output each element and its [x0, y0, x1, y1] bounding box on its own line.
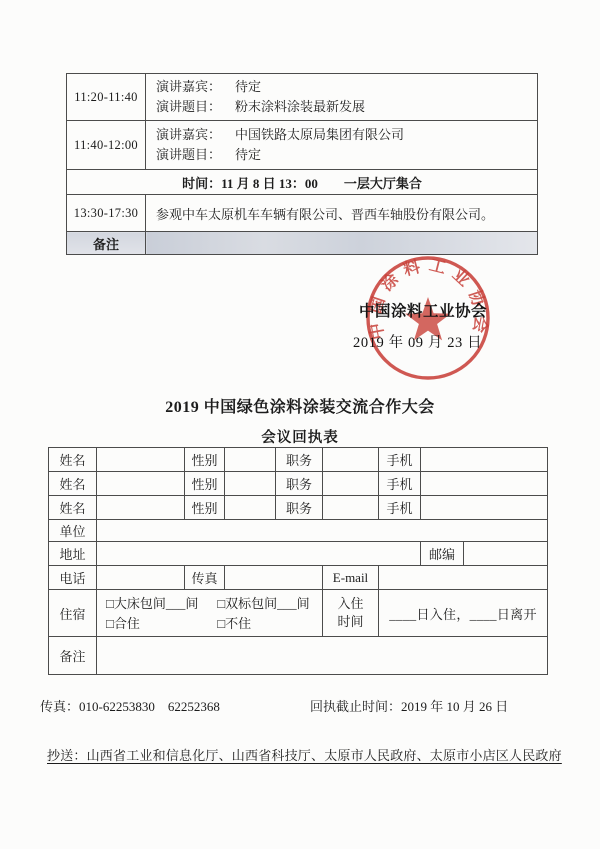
gender-input-cell — [225, 496, 276, 520]
address-label: 地址 — [49, 542, 97, 566]
mobile-input-cell — [421, 472, 548, 496]
scanned-document-page: 11:20-11:40 演讲嘉宾：待定 演讲题目：粉末涂料涂装最新发展 11:4… — [0, 0, 600, 849]
email-label: E-mail — [323, 566, 379, 590]
postcode-input-cell — [464, 542, 548, 566]
schedule-row-session-1: 11:20-11:40 演讲嘉宾：待定 演讲题目：粉末涂料涂装最新发展 — [67, 74, 538, 121]
reply-form-table: 姓名 性别 职务 手机 姓名 性别 职务 手机 姓名 性别 职务 手机 — [48, 447, 548, 675]
option-no-room: □不住 — [217, 616, 320, 631]
stamp-date: 2019 年 09 月 23 日 — [353, 331, 482, 352]
conference-title: 2019 中国绿色涂料涂装交流合作大会 — [0, 394, 600, 417]
option-king-room: □大床包间___间 — [106, 596, 217, 611]
gender-label: 性别 — [185, 472, 225, 496]
accommodation-options-cell: □大床包间___间 □双标包间___间 □合住 □不住 — [97, 590, 323, 637]
cc-distribution-line: 抄送：山西省工业和信息化厅、山西省科技厅、太原市人民政府、太原市小店区人民政府 — [47, 745, 562, 764]
accommodation-label: 住宿 — [49, 590, 97, 637]
reply-deadline: 回执截止时间：2019 年 10 月 26 日 — [310, 696, 508, 715]
email-input-cell — [379, 566, 548, 590]
checkin-time-label: 入住 时间 — [323, 590, 379, 637]
phone-label: 电话 — [49, 566, 97, 590]
topic-value: 待定 — [235, 147, 261, 162]
accommodation-row: 住宿 □大床包间___间 □双标包间___间 □合住 □不住 入住 时间 ___… — [49, 590, 548, 637]
name-label: 姓名 — [49, 496, 97, 520]
topic-label: 演讲题目： — [156, 99, 221, 114]
position-label: 职务 — [276, 472, 323, 496]
schedule-row-visit: 13:30-17:30 参观中车太原机车车辆有限公司、晋西车轴股份有限公司。 — [67, 195, 538, 232]
schedule-row-assembly: 时间：11 月 8 日 13：00 一层大厅集合 — [67, 170, 538, 195]
option-twin-room: □双标包间___间 — [217, 596, 320, 611]
option-share-room: □合住 — [106, 616, 217, 631]
mobile-label: 手机 — [379, 496, 421, 520]
visit-time: 13:30-17:30 — [67, 195, 146, 232]
form-remarks-label: 备注 — [49, 637, 97, 675]
position-label: 职务 — [276, 496, 323, 520]
mobile-label: 手机 — [379, 472, 421, 496]
position-input-cell — [323, 448, 379, 472]
remarks-label: 备注 — [67, 232, 146, 255]
name-label: 姓名 — [49, 472, 97, 496]
schedule-table: 11:20-11:40 演讲嘉宾：待定 演讲题目：粉末涂料涂装最新发展 11:4… — [66, 73, 538, 255]
unit-label: 单位 — [49, 520, 97, 542]
guest-value: 待定 — [235, 79, 261, 94]
name-input-cell — [97, 472, 185, 496]
topic-value: 粉末涂料涂装最新发展 — [235, 99, 365, 114]
stamp-org-name: 中国涂料工业协会 — [359, 299, 487, 321]
unit-row: 单位 — [49, 520, 548, 542]
topic-label: 演讲题目： — [156, 147, 221, 162]
form-remarks-row: 备注 — [49, 637, 548, 675]
name-row-2: 姓名 性别 职务 手机 — [49, 472, 548, 496]
position-input-cell — [323, 496, 379, 520]
name-input-cell — [97, 496, 185, 520]
guest-label: 演讲嘉宾： — [156, 127, 221, 142]
guest-label: 演讲嘉宾： — [156, 79, 221, 94]
gender-input-cell — [225, 472, 276, 496]
checkin-label-line1: 入住 — [323, 595, 378, 613]
guest-value: 中国铁路太原局集团有限公司 — [235, 127, 404, 142]
position-input-cell — [323, 472, 379, 496]
name-label: 姓名 — [49, 448, 97, 472]
mobile-input-cell — [421, 496, 548, 520]
position-label: 职务 — [276, 448, 323, 472]
name-row-3: 姓名 性别 职务 手机 — [49, 496, 548, 520]
name-input-cell — [97, 448, 185, 472]
checkin-value-cell: ____日入住，____日离开 — [379, 590, 548, 637]
address-row: 地址 邮编 — [49, 542, 548, 566]
assembly-note: 时间：11 月 8 日 13：00 一层大厅集合 — [67, 170, 538, 195]
phone-row: 电话 传真 E-mail — [49, 566, 548, 590]
mobile-input-cell — [421, 448, 548, 472]
session-time: 11:40-12:00 — [67, 121, 146, 170]
name-row-1: 姓名 性别 职务 手机 — [49, 448, 548, 472]
address-input-cell — [97, 542, 421, 566]
gender-label: 性别 — [185, 448, 225, 472]
checkin-label-line2: 时间 — [323, 613, 378, 631]
session-details: 演讲嘉宾：中国铁路太原局集团有限公司 演讲题目：待定 — [146, 121, 538, 170]
reply-form-subtitle: 会议回执表 — [0, 426, 600, 447]
schedule-row-session-2: 11:40-12:00 演讲嘉宾：中国铁路太原局集团有限公司 演讲题目：待定 — [67, 121, 538, 170]
phone-input-cell — [97, 566, 185, 590]
session-time: 11:20-11:40 — [67, 74, 146, 121]
mobile-label: 手机 — [379, 448, 421, 472]
postcode-label: 邮编 — [421, 542, 464, 566]
fax-input-cell — [225, 566, 323, 590]
gender-input-cell — [225, 448, 276, 472]
gender-label: 性别 — [185, 496, 225, 520]
fax-contact-line: 传真：010-62253830 62252368 — [40, 696, 220, 715]
unit-input-cell — [97, 520, 548, 542]
form-remarks-input-cell — [97, 637, 548, 675]
visit-description: 参观中车太原机车车辆有限公司、晋西车轴股份有限公司。 — [146, 195, 538, 232]
fax-label: 传真 — [185, 566, 225, 590]
session-details: 演讲嘉宾：待定 演讲题目：粉末涂料涂装最新发展 — [146, 74, 538, 121]
